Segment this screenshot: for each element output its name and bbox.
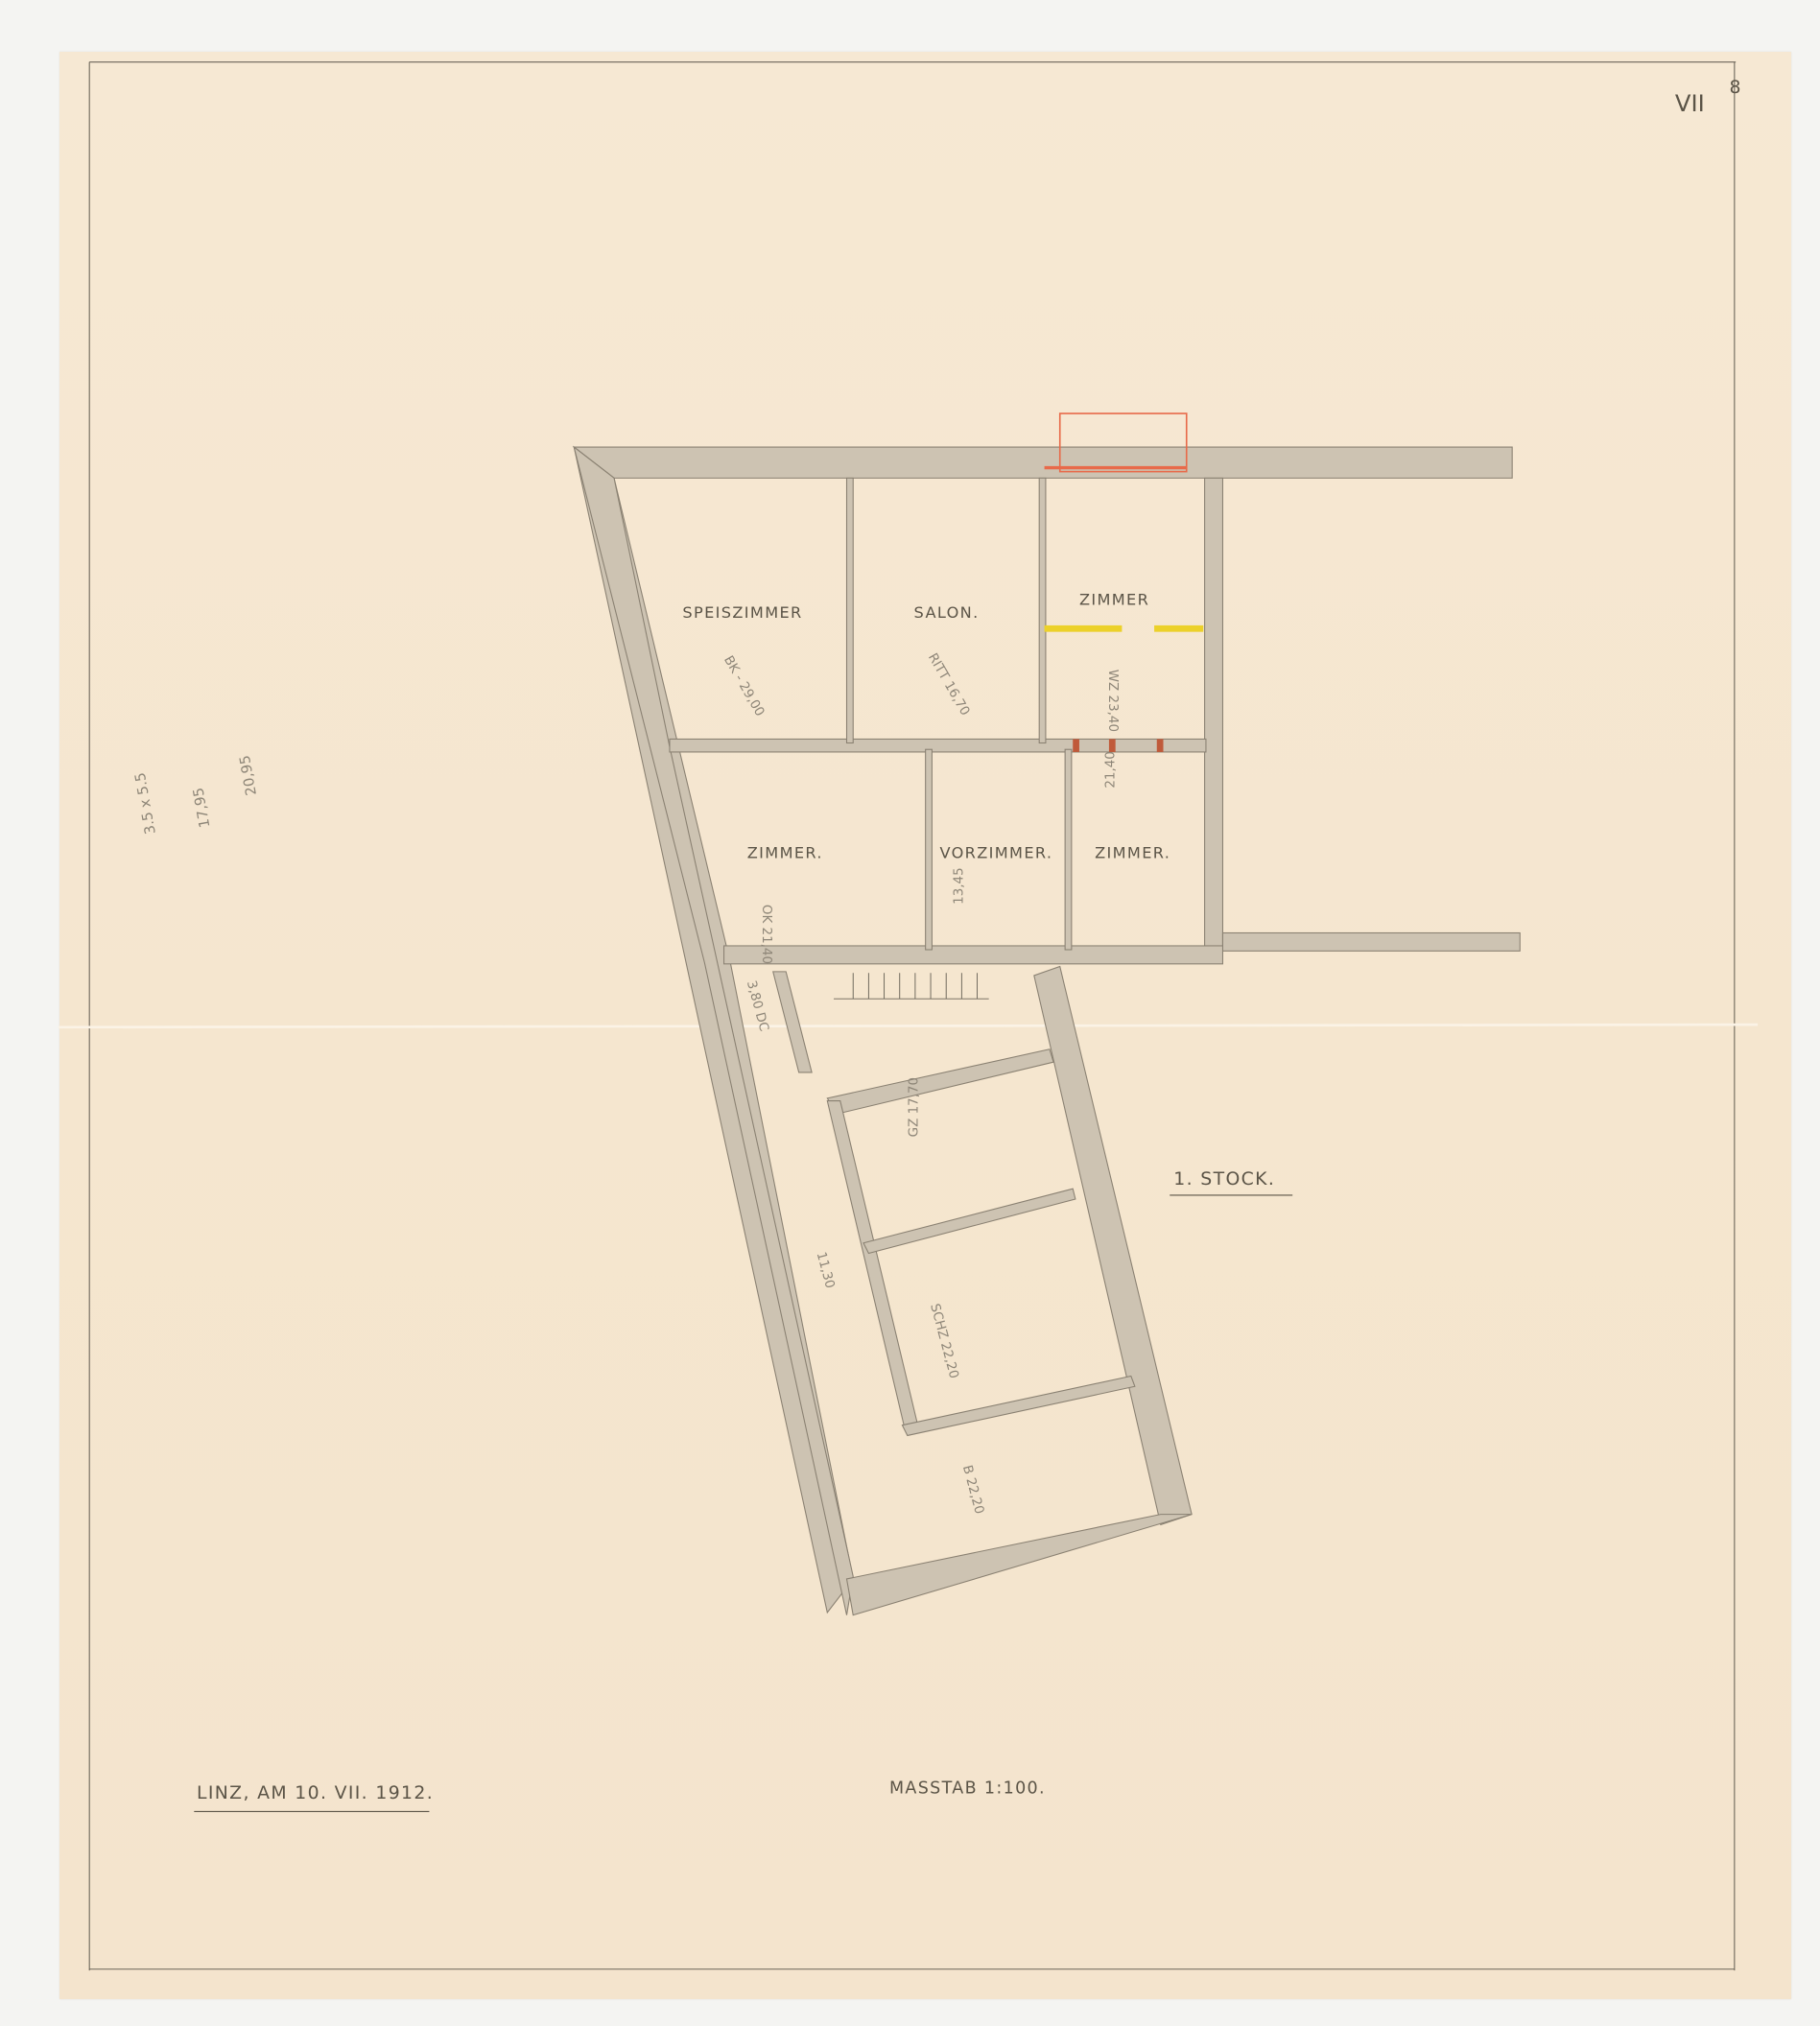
svg-text:3.5 x 5.5: 3.5 x 5.5 [132,771,159,836]
fold-line [59,1025,1758,1027]
room-label-vorzimmer: VORZIMMER. [939,843,1052,861]
floor-label: 1. STOCK. [1173,1169,1275,1190]
area-note-zimmer-2: OK 21,40 [759,905,773,964]
walls [574,447,1520,1615]
room-label-zimmer-3: ZIMMER. [1095,843,1170,861]
yellow-wash-right [1154,625,1203,632]
date-label: LINZ, AM 10. VII. 1912. [197,1783,434,1803]
room-label-speiszimmer: SPEISZIMMER [682,603,802,622]
svg-text:20,95: 20,95 [237,754,260,797]
area-note-schz: SCHZ 22,20 [927,1303,960,1380]
page-number: 8 [1729,78,1740,98]
area-note-speiszimmer: BK - 29,00 [721,653,767,719]
yellow-wash-left [1045,625,1123,632]
room-label-zimmer-1: ZIMMER [1079,590,1149,608]
floor-plan-drawing: SPEISZIMMER SALON. ZIMMER ZIMMER. VORZIM… [0,0,1820,2026]
staircase [834,973,989,999]
sheet-border [89,62,1736,1970]
area-note-zimmer-1: WZ 23,40 [1105,670,1120,732]
area-note-zimmer-3: 21,40 [1103,751,1118,789]
margin-calculations: 3.5 x 5.5 17,95 20,95 [132,754,260,836]
room-label-salon: SALON. [914,603,980,622]
area-note-vorzimmer: 13,45 [953,867,967,905]
area-note-corridor: 11,30 [814,1251,837,1290]
sheet-number: VII [1675,89,1705,117]
svg-text:17,95: 17,95 [190,787,213,830]
scale-label: MASSTAB 1:100. [889,1779,1046,1799]
room-label-zimmer-2: ZIMMER. [747,843,823,861]
area-note-gz: GZ 17,70 [908,1077,922,1137]
area-note-bad: B 22,20 [959,1464,986,1516]
area-note-salon: RITT 16,70 [925,651,972,719]
